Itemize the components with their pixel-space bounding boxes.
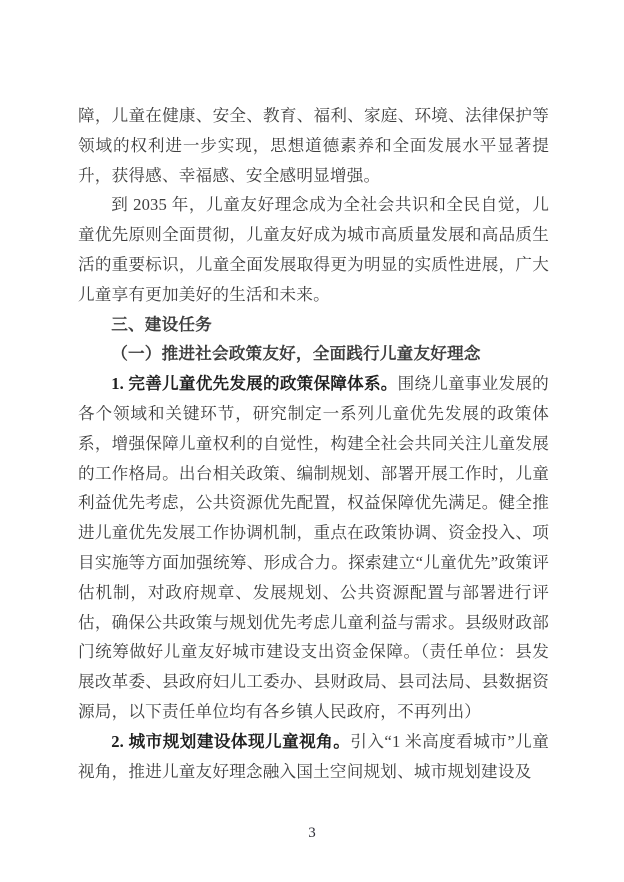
task-1-title: 1. 完善儿童优先发展的政策保障体系。	[111, 374, 397, 393]
task-1-text: 围绕儿童事业发展的各个领域和关键环节，研究制定一系列儿童优先发展的政策体系，增强…	[78, 374, 549, 721]
section-heading: 三、建设任务	[78, 310, 549, 340]
page-number: 3	[0, 825, 624, 842]
paragraph-continuation: 障，儿童在健康、安全、教育、福利、家庭、环境、法律保护等领域的权利进一步实现，思…	[78, 101, 549, 190]
paragraph-task-2: 2. 城市规划建设体现儿童视角。引入“1 米高度看城市”儿童视角，推进儿童友好理…	[78, 727, 549, 787]
paragraph-vision-2035: 到 2035 年，儿童友好理念成为全社会共识和全民自觉，儿童优先原则全面贯彻，儿…	[78, 190, 549, 309]
task-2-title: 2. 城市规划建设体现儿童视角。	[111, 732, 350, 751]
document-page: 障，儿童在健康、安全、教育、福利、家庭、环境、法律保护等领域的权利进一步实现，思…	[0, 0, 624, 882]
subsection-heading: （一）推进社会政策友好，全面践行儿童友好理念	[78, 339, 549, 369]
page-content: 障，儿童在健康、安全、教育、福利、家庭、环境、法律保护等领域的权利进一步实现，思…	[78, 101, 549, 786]
paragraph-task-1: 1. 完善儿童优先发展的政策保障体系。围绕儿童事业发展的各个领域和关键环节，研究…	[78, 369, 549, 727]
